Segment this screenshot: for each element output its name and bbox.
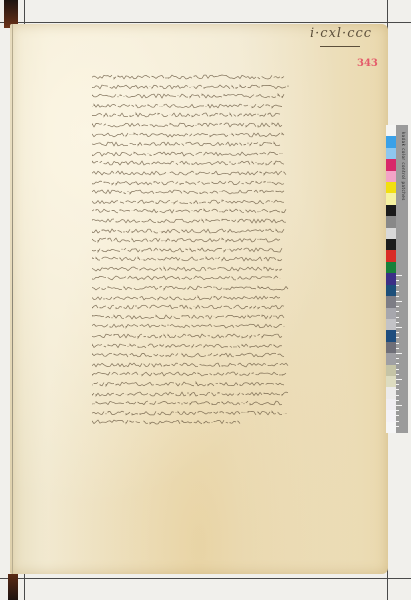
manuscript-line <box>92 216 288 226</box>
color-swatch <box>386 216 396 227</box>
manuscript-line <box>92 178 288 188</box>
ruler-tick <box>396 410 399 411</box>
color-swatch <box>386 296 396 307</box>
page-fold-line <box>12 24 13 574</box>
manuscript-line <box>92 417 288 427</box>
color-swatch <box>386 250 396 261</box>
red-folio-number: 343 <box>357 58 378 69</box>
manuscript-line <box>92 254 288 264</box>
color-swatch <box>386 376 396 387</box>
manuscript-line <box>92 168 288 178</box>
ruler-tick <box>396 275 402 276</box>
ruler-tick <box>396 317 399 318</box>
manuscript-line <box>92 130 288 140</box>
ruler-tick <box>396 363 399 364</box>
ruler-tick <box>396 296 399 297</box>
color-swatch <box>386 365 396 376</box>
color-swatch <box>386 422 396 433</box>
manuscript-line <box>92 187 288 197</box>
binding-spine-bottom <box>8 574 18 600</box>
color-swatch <box>386 353 396 364</box>
ruler-tick <box>396 306 399 307</box>
manuscript-line <box>92 82 288 92</box>
color-swatch <box>386 182 396 193</box>
ruler-tick <box>396 421 399 422</box>
manuscript-line <box>92 139 288 149</box>
color-swatch <box>386 387 396 398</box>
ruler-tick <box>396 332 399 333</box>
manuscript-line <box>92 398 288 408</box>
manuscript-line <box>92 408 288 418</box>
manuscript-line <box>92 321 288 331</box>
color-swatch <box>386 239 396 250</box>
ruler-tick <box>396 311 399 312</box>
ruler-tick <box>396 353 402 354</box>
manuscript-line <box>92 120 288 130</box>
ruler-tick <box>396 395 399 396</box>
manuscript-line <box>92 91 288 101</box>
manuscript-line <box>92 273 288 283</box>
ruler-tick <box>396 384 399 385</box>
color-calibration-strip <box>386 125 396 433</box>
crop-guide-top <box>0 22 411 23</box>
color-swatch <box>386 125 396 136</box>
color-swatch <box>386 319 396 330</box>
ruler-tick <box>396 327 402 328</box>
manuscript-line <box>92 226 288 236</box>
manuscript-line <box>92 331 288 341</box>
manuscript-line <box>92 149 288 159</box>
folio-number: i·cxl·ccc <box>310 26 372 41</box>
color-swatch <box>386 273 396 284</box>
color-swatch <box>386 228 396 239</box>
manuscript-text-block <box>92 72 288 427</box>
calibration-label: kodak color control patches <box>398 132 406 252</box>
color-swatch <box>386 342 396 353</box>
ruler-tick <box>396 337 399 338</box>
ruler-tick <box>396 348 399 349</box>
manuscript-line <box>92 302 288 312</box>
manuscript-line <box>92 293 288 303</box>
color-swatch <box>386 308 396 319</box>
manuscript-line <box>92 101 288 111</box>
manuscript-line <box>92 235 288 245</box>
color-swatch <box>386 193 396 204</box>
color-swatch <box>386 159 396 170</box>
crop-guide-bottom <box>0 578 411 579</box>
ruler-tick <box>396 389 399 390</box>
color-swatch <box>386 399 396 410</box>
ruler-tick <box>396 400 399 401</box>
ruler-tick <box>396 379 402 380</box>
folio-underline <box>320 46 360 47</box>
ruler-tick <box>396 291 399 292</box>
ruler-tick <box>396 369 399 370</box>
color-swatch <box>386 148 396 159</box>
ruler-tick <box>396 301 402 302</box>
manuscript-line <box>92 360 288 370</box>
manuscript-line <box>92 206 288 216</box>
manuscript-line <box>92 197 288 207</box>
ruler-tick <box>396 343 399 344</box>
manuscript-line <box>92 389 288 399</box>
color-swatch <box>386 330 396 341</box>
manuscript-line <box>92 72 288 82</box>
ruler-tick <box>396 426 399 427</box>
manuscript-line <box>92 312 288 322</box>
manuscript-line <box>92 283 288 293</box>
ruler-tick <box>396 358 399 359</box>
manuscript-line <box>92 350 288 360</box>
ruler-tick <box>396 280 399 281</box>
ruler-tick <box>396 374 399 375</box>
manuscript-line <box>92 379 288 389</box>
color-swatch <box>386 262 396 273</box>
manuscript-line <box>92 110 288 120</box>
ruler-tick <box>396 415 399 416</box>
color-swatch <box>386 171 396 182</box>
manuscript-line <box>92 245 288 255</box>
color-swatch <box>386 136 396 147</box>
color-swatch <box>386 285 396 296</box>
color-swatch <box>386 205 396 216</box>
ruler-tick <box>396 405 402 406</box>
manuscript-line <box>92 158 288 168</box>
ruler-tick <box>396 322 399 323</box>
color-swatch <box>386 410 396 421</box>
manuscript-line <box>92 341 288 351</box>
ruler-tick <box>396 285 399 286</box>
manuscript-line <box>92 264 288 274</box>
manuscript-line <box>92 369 288 379</box>
